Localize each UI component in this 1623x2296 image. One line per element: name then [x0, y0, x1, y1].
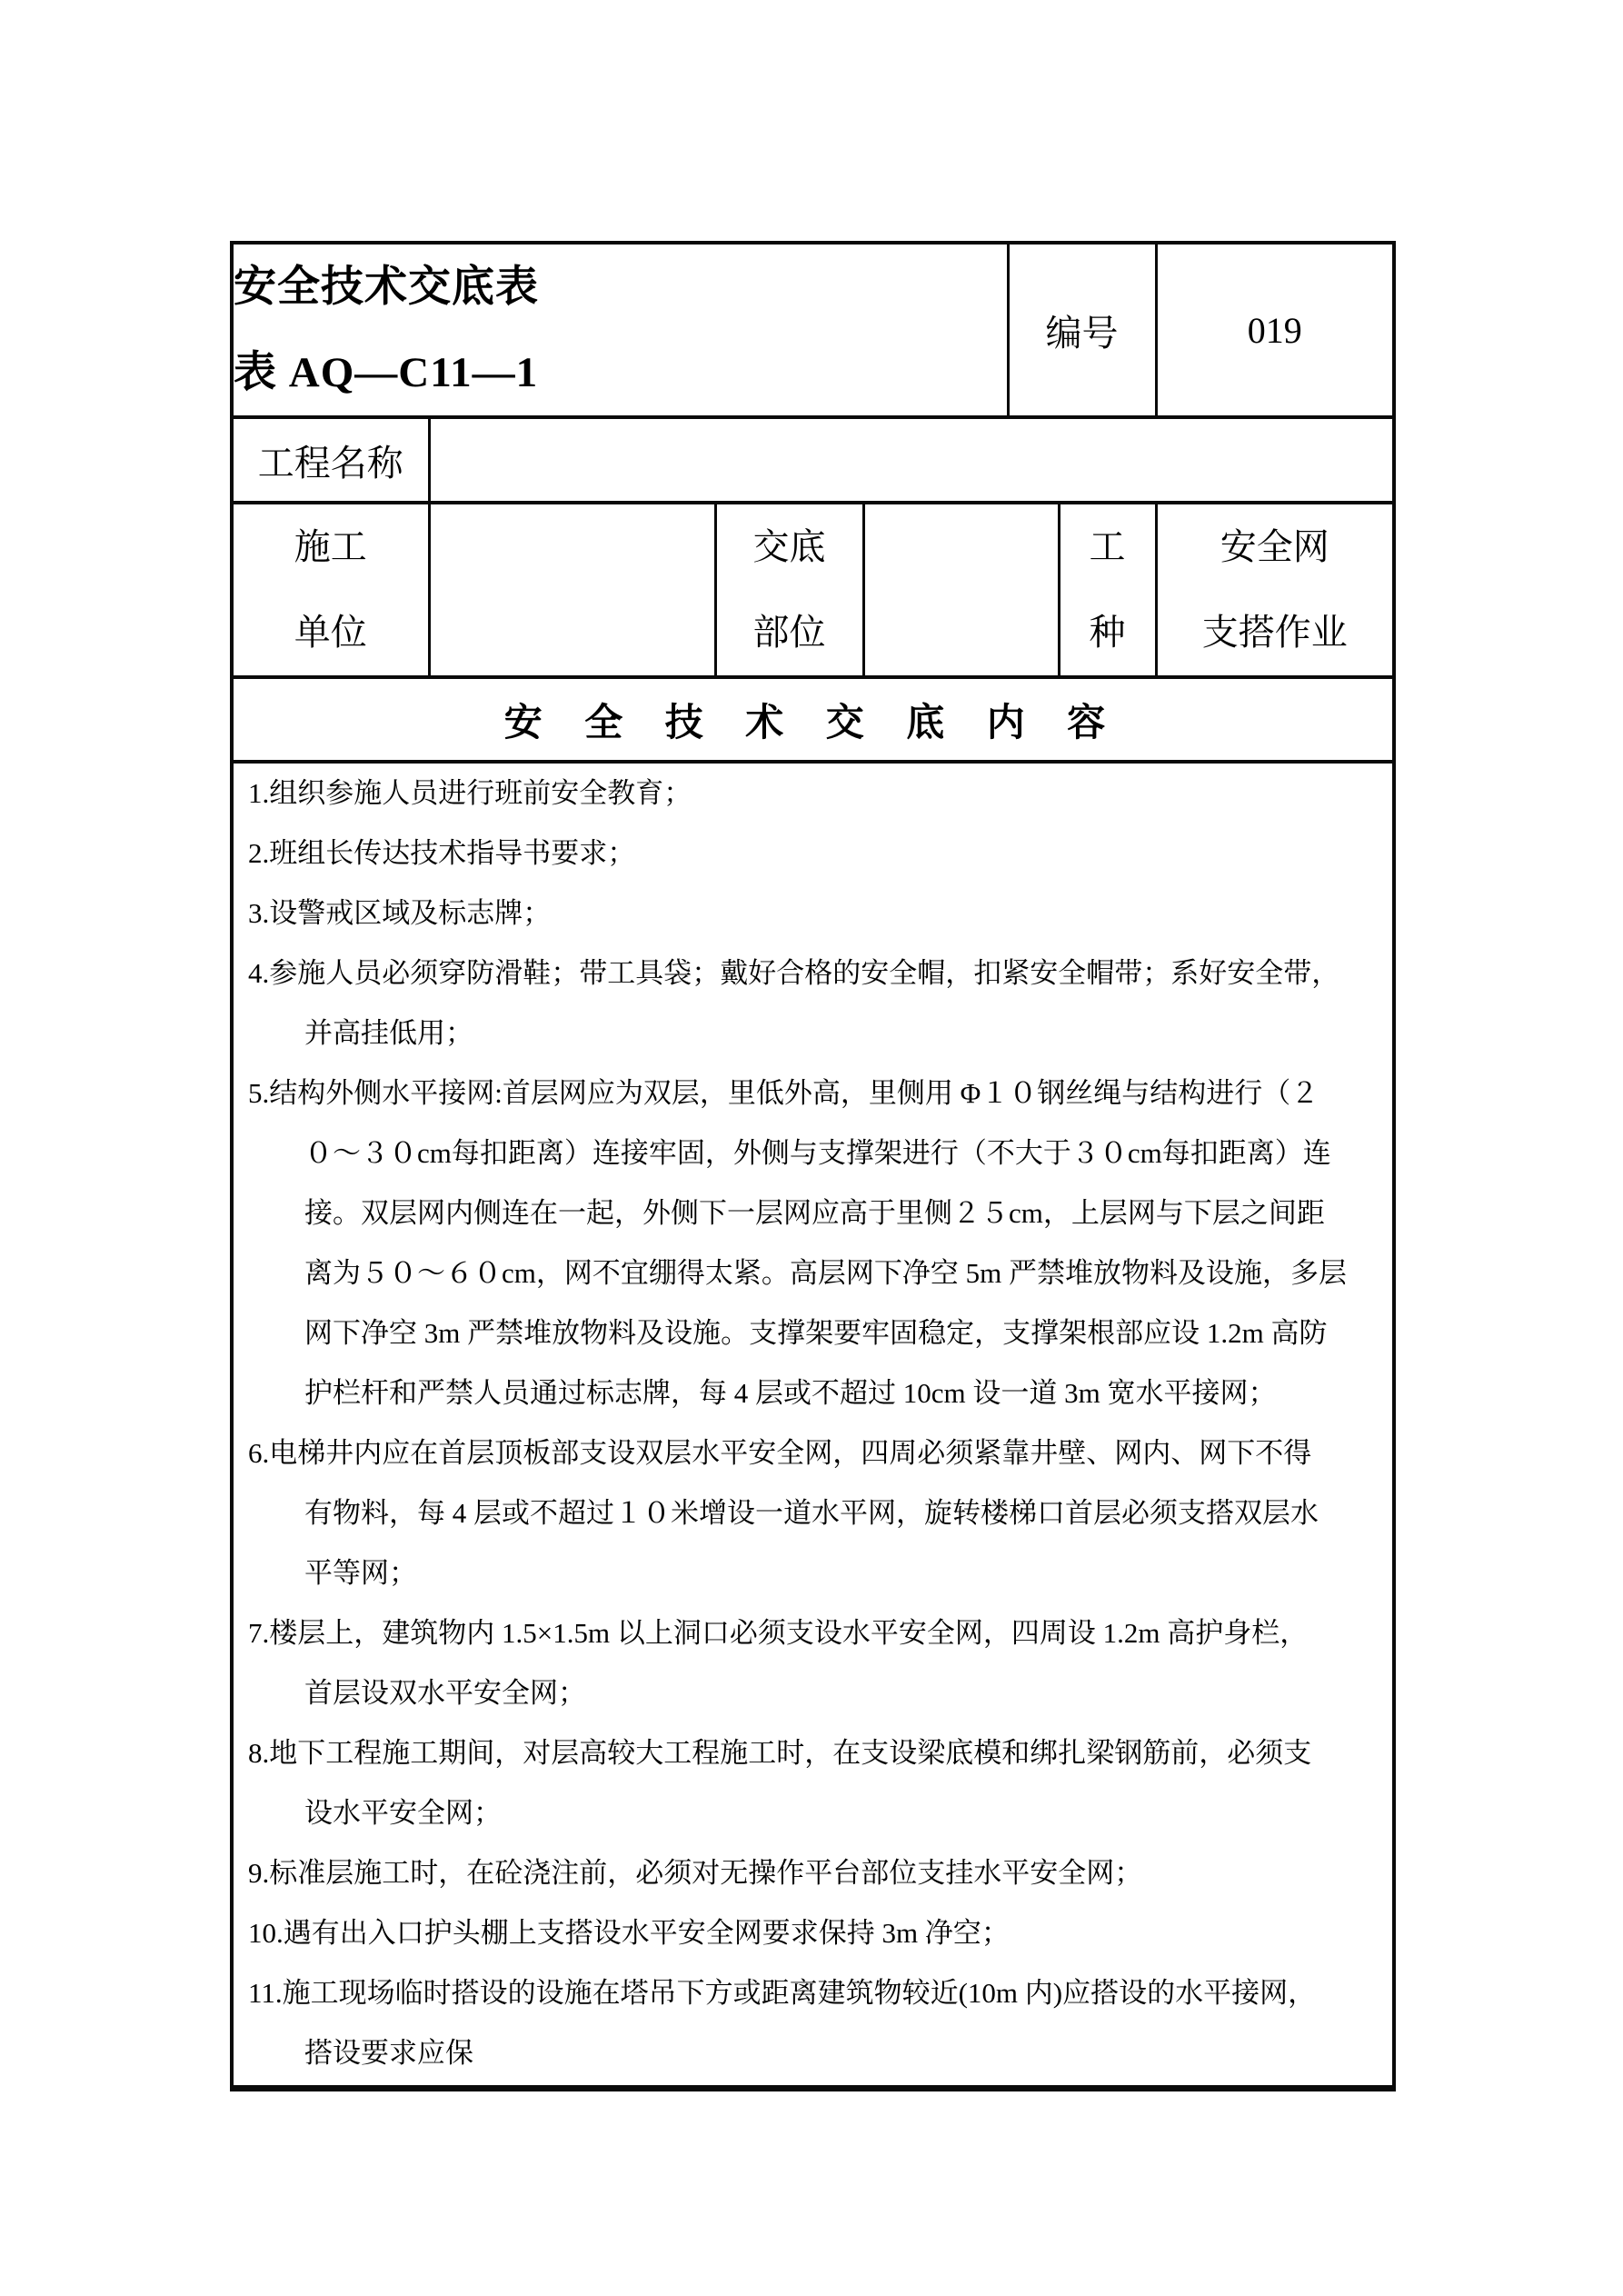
disclosure-part-label-cell: 交底 部位 — [715, 503, 863, 677]
content-line: 设水平安全网； — [234, 1783, 1392, 1843]
content-cell: 1.组织参施人员进行班前安全教育；2.班组长传达技术指导书要求；3.设警戒区域及… — [232, 762, 1394, 2088]
disclosure-part-label-line1: 交底 — [717, 504, 862, 590]
construction-unit-value-cell — [429, 503, 715, 677]
work-type-value-cell: 安全网 支搭作业 — [1156, 503, 1394, 677]
content-line: 8.地下工程施工期间，对层高较大工程施工时，在支设梁底模和绑扎梁钢筋前，必须支 — [234, 1723, 1392, 1783]
project-name-label: 工程名称 — [258, 443, 403, 484]
content-line: 有物料，每 4 层或不超过１０米增设一道水平网，旋转楼梯口首层必须支搭双层水 — [234, 1483, 1392, 1543]
work-type-label-line2: 种 — [1060, 590, 1155, 675]
number-value: 019 — [1248, 310, 1302, 351]
content-line: 搭设要求应保 — [234, 2023, 1392, 2083]
content-line: 7.楼层上，建筑物内 1.5×1.5m 以上洞口必须支设水平安全网，四周设 1.… — [234, 1603, 1392, 1663]
content-row: 1.组织参施人员进行班前安全教育；2.班组长传达技术指导书要求；3.设警戒区域及… — [232, 762, 1394, 2088]
disclosure-part-value-cell — [863, 503, 1059, 677]
work-type-value-line1: 安全网 — [1158, 504, 1393, 590]
section-title: 安 全 技 术 交 底 内 容 — [504, 703, 1122, 744]
safety-disclosure-table: 安全技术交底表 表 AQ—C11—1 编号 019 工程名称 施工 单位 — [230, 241, 1396, 2091]
content-line: 2.班组长传达技术指导书要求； — [234, 824, 1392, 883]
construction-unit-label-line2: 单位 — [234, 590, 428, 675]
content-line: 平等网； — [234, 1543, 1392, 1603]
section-title-row: 安 全 技 术 交 底 内 容 — [232, 677, 1394, 762]
content-line: 首层设双水平安全网； — [234, 1663, 1392, 1723]
content-line: 接。双层网内侧连在一起，外侧下一层网应高于里侧２５cm，上层网与下层之间距 — [234, 1183, 1392, 1243]
number-label-cell: 编号 — [1008, 243, 1156, 417]
construction-unit-label-line1: 施工 — [234, 504, 428, 590]
content-line: 1.组织参施人员进行班前安全教育； — [234, 764, 1392, 824]
content-line: 离为５０～６０cm，网不宜绷得太紧。高层网下净空 5m 严禁堆放物料及设施，多层 — [234, 1243, 1392, 1303]
project-name-label-cell: 工程名称 — [232, 417, 429, 503]
info-row: 施工 单位 交底 部位 工 种 安全网 支搭作业 — [232, 503, 1394, 677]
disclosure-part-label-line2: 部位 — [717, 590, 862, 675]
content-line: 10.遇有出入口护头棚上支搭设水平安全网要求保持 3m 净空； — [234, 1903, 1392, 1963]
content-line: 护栏杆和严禁人员通过标志牌，每 4 层或不超过 10cm 设一道 3m 宽水平接… — [234, 1363, 1392, 1423]
content-line: 11.施工现场临时搭设的设施在塔吊下方或距离建筑物较近(10m 内)应搭设的水平… — [234, 1963, 1392, 2023]
section-title-cell: 安 全 技 术 交 底 内 容 — [232, 677, 1394, 762]
content-lines: 1.组织参施人员进行班前安全教育；2.班组长传达技术指导书要求；3.设警戒区域及… — [234, 764, 1392, 2083]
form-code: 表 AQ—C11—1 — [234, 330, 1007, 415]
construction-unit-label-cell: 施工 单位 — [232, 503, 429, 677]
document-title-cell: 安全技术交底表 表 AQ—C11—1 — [232, 243, 1008, 417]
content-line: 5.结构外侧水平接网:首层网应为双层，里低外高，里侧用 Φ１０钢丝绳与结构进行（… — [234, 1063, 1392, 1123]
content-line: ０～３０cm每扣距离）连接牢固，外侧与支撑架进行（不大于３０cm每扣距离）连 — [234, 1123, 1392, 1183]
work-type-label-line1: 工 — [1060, 504, 1155, 590]
content-line: 9.标准层施工时，在砼浇注前，必须对无操作平台部位支挂水平安全网； — [234, 1843, 1392, 1903]
work-type-value-line2: 支搭作业 — [1158, 590, 1393, 675]
project-name-value-cell — [429, 417, 1394, 503]
content-line: 6.电梯井内应在首层顶板部支设双层水平安全网，四周必须紧靠井壁、网内、网下不得 — [234, 1423, 1392, 1483]
number-label: 编号 — [1046, 313, 1119, 354]
document-page: 安全技术交底表 表 AQ—C11—1 编号 019 工程名称 施工 单位 — [0, 0, 1623, 2296]
number-value-cell: 019 — [1156, 243, 1394, 417]
work-type-label-cell: 工 种 — [1059, 503, 1156, 677]
content-line: 3.设警戒区域及标志牌； — [234, 883, 1392, 943]
document-title: 安全技术交底表 — [234, 245, 1007, 330]
project-name-row: 工程名称 — [232, 417, 1394, 503]
content-line: 并高挂低用； — [234, 1003, 1392, 1063]
header-row: 安全技术交底表 表 AQ—C11—1 编号 019 — [232, 243, 1394, 417]
content-line: 网下净空 3m 严禁堆放物料及设施。支撑架要牢固稳定，支撑架根部应设 1.2m … — [234, 1303, 1392, 1363]
content-line: 4.参施人员必须穿防滑鞋；带工具袋；戴好合格的安全帽，扣紧安全帽带；系好安全带， — [234, 943, 1392, 1003]
